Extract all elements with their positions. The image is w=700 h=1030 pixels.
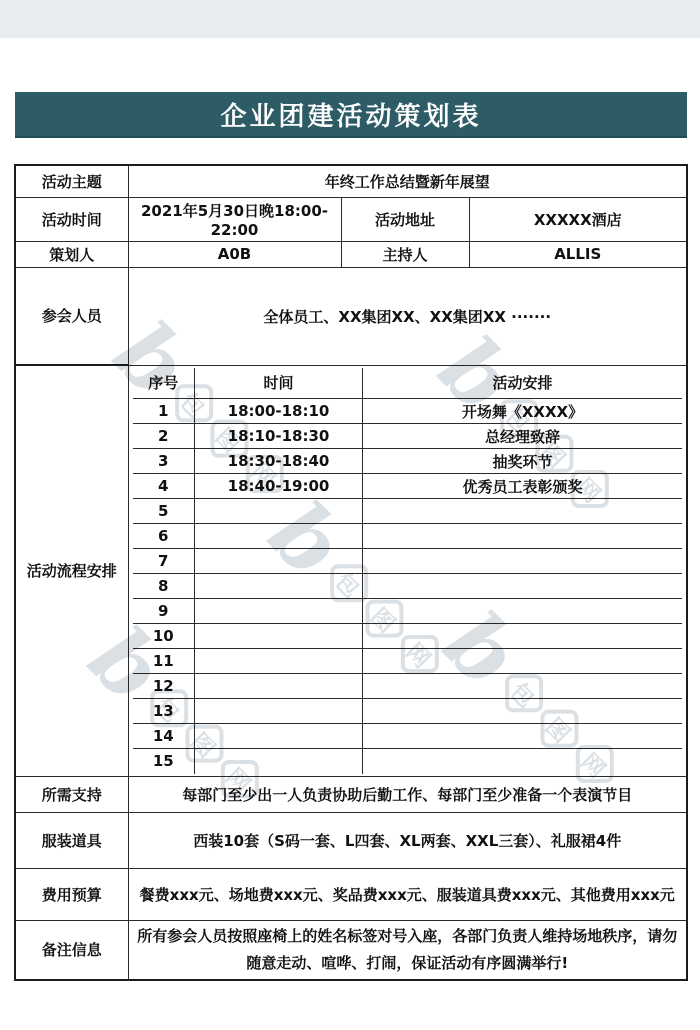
schedule-row: 8	[133, 574, 683, 599]
theme-value: 年终工作总结暨新年展望	[128, 165, 687, 197]
schedule-cell-no: 4	[133, 474, 195, 499]
host-value: ALLIS	[469, 241, 687, 267]
time-label: 活动时间	[15, 197, 128, 241]
document-title-bar: 企业团建活动策划表	[15, 92, 687, 138]
schedule-table: 序号 时间 活动安排 118:00-18:10开场舞《XXXX》218:10-1…	[133, 368, 683, 774]
schedule-body: 序号 时间 活动安排 118:00-18:10开场舞《XXXX》218:10-1…	[133, 368, 683, 774]
schedule-cell-time: 18:40-19:00	[195, 474, 363, 499]
schedule-cell-no: 1	[133, 399, 195, 424]
schedule-cell-activity	[363, 749, 683, 774]
schedule-cell-activity	[363, 524, 683, 549]
theme-label: 活动主题	[15, 165, 128, 197]
schedule-cell-time	[195, 574, 363, 599]
schedule-cell-activity	[363, 674, 683, 699]
schedule-row: 318:30-18:40抽奖环节	[133, 449, 683, 474]
schedule-cell-time	[195, 499, 363, 524]
schedule-cell-no: 7	[133, 549, 195, 574]
remark-label: 备注信息	[15, 920, 128, 980]
schedule-cell-activity	[363, 499, 683, 524]
schedule-cell-no: 14	[133, 724, 195, 749]
row-budget: 费用预算 餐费xxx元、场地费xxx元、奖品费xxx元、服装道具费xxx元、其他…	[15, 868, 687, 920]
schedule-header-row: 序号 时间 活动安排	[133, 368, 683, 399]
row-schedule: 活动流程安排 序号 时间 活动安排 118:00-18:10开场舞《XXXX》2…	[15, 365, 687, 776]
time-value: 2021年5月30日晚18:00-22:00	[128, 197, 341, 241]
schedule-table-cell: 序号 时间 活动安排 118:00-18:10开场舞《XXXX》218:10-1…	[128, 365, 687, 776]
planner-value: A0B	[128, 241, 341, 267]
schedule-cell-time	[195, 674, 363, 699]
address-value: XXXXX酒店	[469, 197, 687, 241]
row-time-address: 活动时间 2021年5月30日晚18:00-22:00 活动地址 XXXXX酒店	[15, 197, 687, 241]
schedule-cell-no: 8	[133, 574, 195, 599]
schedule-cell-activity: 抽奖环节	[363, 449, 683, 474]
schedule-cell-time: 18:10-18:30	[195, 424, 363, 449]
schedule-row: 14	[133, 724, 683, 749]
schedule-cell-activity: 优秀员工表彰颁奖	[363, 474, 683, 499]
schedule-row: 6	[133, 524, 683, 549]
schedule-cell-activity	[363, 599, 683, 624]
schedule-cell-activity: 开场舞《XXXX》	[363, 399, 683, 424]
row-remark: 备注信息 所有参会人员按照座椅上的姓名标签对号入座，各部门负责人维持场地秩序，请…	[15, 920, 687, 980]
row-theme: 活动主题 年终工作总结暨新年展望	[15, 165, 687, 197]
schedule-cell-time	[195, 624, 363, 649]
participants-value: 全体员工、XX集团XX、XX集团XX ·······	[128, 267, 687, 365]
schedule-row: 11	[133, 649, 683, 674]
host-label: 主持人	[341, 241, 469, 267]
schedule-cell-no: 5	[133, 499, 195, 524]
schedule-cell-activity	[363, 699, 683, 724]
schedule-row: 418:40-19:00优秀员工表彰颁奖	[133, 474, 683, 499]
schedule-cell-time	[195, 524, 363, 549]
schedule-cell-no: 6	[133, 524, 195, 549]
schedule-cell-no: 3	[133, 449, 195, 474]
schedule-col-no: 序号	[133, 368, 195, 399]
schedule-cell-no: 9	[133, 599, 195, 624]
schedule-row: 12	[133, 674, 683, 699]
schedule-cell-activity	[363, 624, 683, 649]
schedule-col-activity: 活动安排	[363, 368, 683, 399]
schedule-cell-time	[195, 724, 363, 749]
page-title: 企业团建活动策划表	[220, 96, 481, 133]
schedule-cell-time	[195, 699, 363, 724]
schedule-row: 9	[133, 599, 683, 624]
row-support: 所需支持 每部门至少出一人负责协助后勤工作、每部门至少准备一个表演节目	[15, 776, 687, 812]
schedule-cell-no: 10	[133, 624, 195, 649]
schedule-cell-no: 12	[133, 674, 195, 699]
remark-value: 所有参会人员按照座椅上的姓名标签对号入座，各部门负责人维持场地秩序，请勿随意走动…	[128, 920, 687, 980]
schedule-row: 15	[133, 749, 683, 774]
planner-label: 策划人	[15, 241, 128, 267]
row-costume: 服装道具 西装10套（S码一套、L四套、XL两套、XXL三套）、礼服裙4件	[15, 812, 687, 868]
schedule-row: 218:10-18:30总经理致辞	[133, 424, 683, 449]
schedule-cell-time	[195, 599, 363, 624]
schedule-cell-no: 2	[133, 424, 195, 449]
schedule-cell-activity	[363, 574, 683, 599]
row-planner-host: 策划人 A0B 主持人 ALLIS	[15, 241, 687, 267]
schedule-row: 5	[133, 499, 683, 524]
schedule-section-label: 活动流程安排	[15, 365, 128, 776]
schedule-row: 118:00-18:10开场舞《XXXX》	[133, 399, 683, 424]
support-label: 所需支持	[15, 776, 128, 812]
schedule-cell-no: 13	[133, 699, 195, 724]
schedule-row: 10	[133, 624, 683, 649]
schedule-cell-time	[195, 649, 363, 674]
schedule-cell-time	[195, 549, 363, 574]
schedule-cell-no: 15	[133, 749, 195, 774]
schedule-cell-time	[195, 749, 363, 774]
planning-table: 活动主题 年终工作总结暨新年展望 活动时间 2021年5月30日晚18:00-2…	[14, 164, 686, 981]
row-participants: 参会人员 全体员工、XX集团XX、XX集团XX ·······	[15, 267, 687, 365]
participants-label: 参会人员	[15, 267, 128, 365]
schedule-col-time: 时间	[195, 368, 363, 399]
schedule-cell-time: 18:30-18:40	[195, 449, 363, 474]
costume-value: 西装10套（S码一套、L四套、XL两套、XXL三套）、礼服裙4件	[128, 812, 687, 868]
costume-label: 服装道具	[15, 812, 128, 868]
schedule-row: 13	[133, 699, 683, 724]
schedule-row: 7	[133, 549, 683, 574]
schedule-cell-activity	[363, 549, 683, 574]
address-label: 活动地址	[341, 197, 469, 241]
support-value: 每部门至少出一人负责协助后勤工作、每部门至少准备一个表演节目	[128, 776, 687, 812]
budget-value: 餐费xxx元、场地费xxx元、奖品费xxx元、服装道具费xxx元、其他费用xxx…	[128, 868, 687, 920]
top-gray-strip	[0, 0, 700, 38]
schedule-cell-activity	[363, 724, 683, 749]
schedule-cell-activity	[363, 649, 683, 674]
schedule-cell-activity: 总经理致辞	[363, 424, 683, 449]
schedule-cell-time: 18:00-18:10	[195, 399, 363, 424]
budget-label: 费用预算	[15, 868, 128, 920]
schedule-cell-no: 11	[133, 649, 195, 674]
